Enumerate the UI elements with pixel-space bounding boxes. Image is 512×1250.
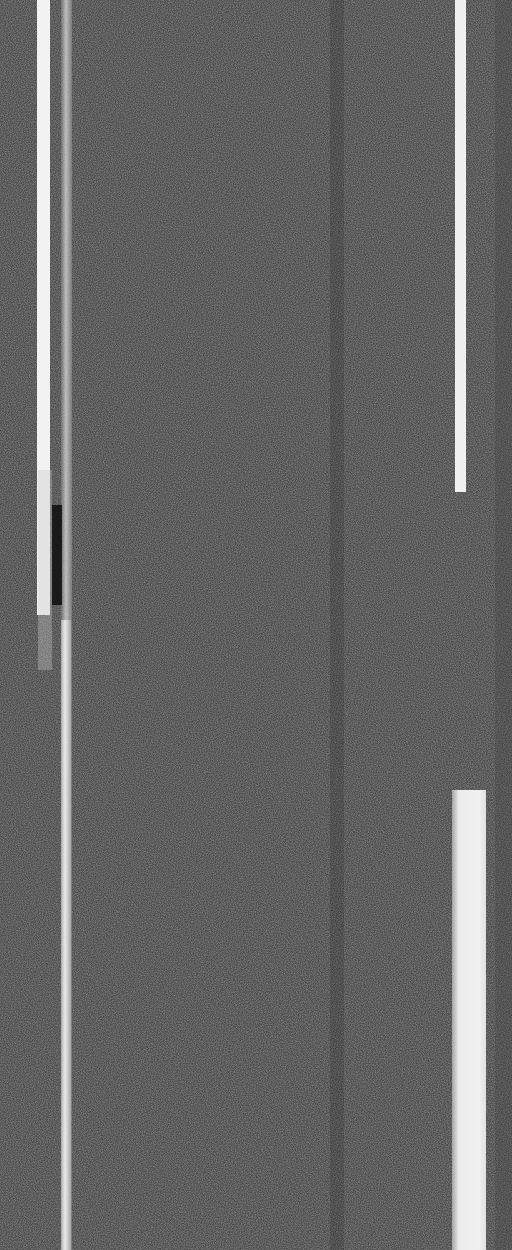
- left-road-edge-line-bright: [61, 620, 71, 1250]
- dark-stain: [52, 505, 62, 605]
- right-dashed-lane-line-upper: [455, 0, 466, 492]
- asphalt-texture: [0, 0, 512, 1250]
- road-seam: [330, 0, 344, 1250]
- right-dashed-lane-line-lower: [452, 790, 486, 1250]
- right-shoulder: [495, 0, 512, 1250]
- worn-paint-patch: [38, 470, 52, 670]
- aerial-road-image: [0, 0, 512, 1250]
